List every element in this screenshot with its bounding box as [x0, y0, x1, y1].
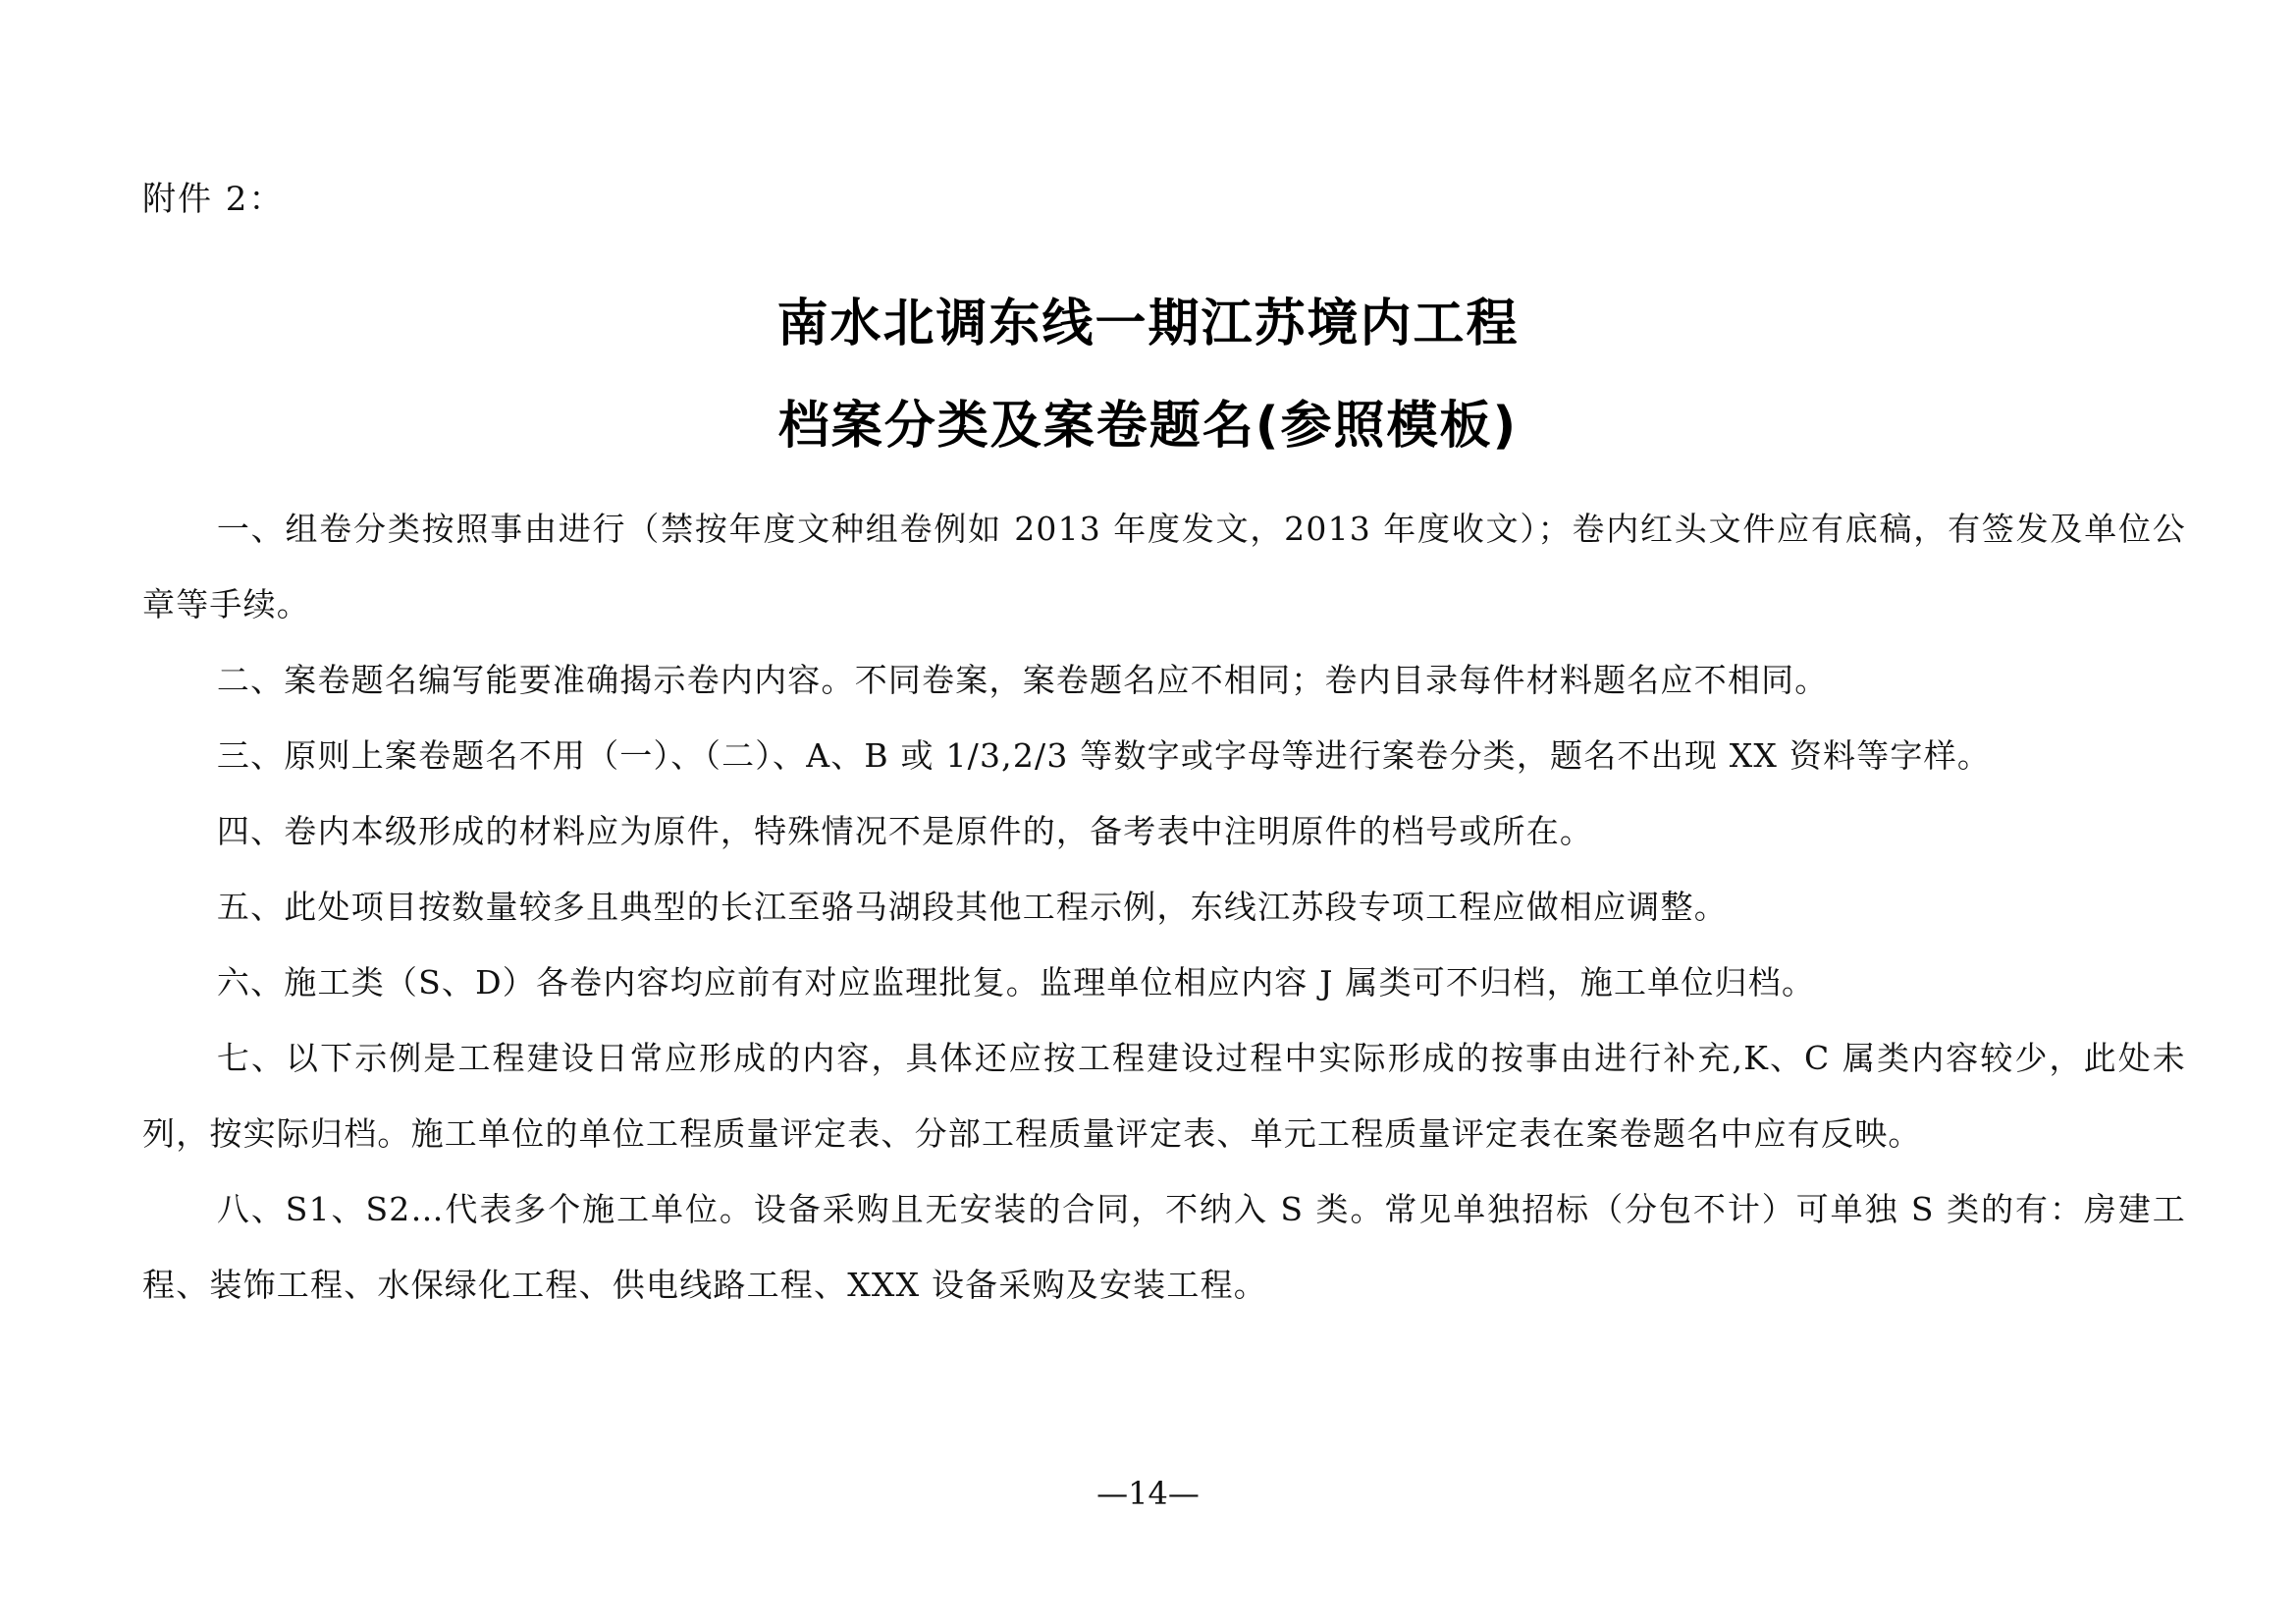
paragraph-4: 四、卷内本级形成的材料应为原件，特殊情况不是原件的，备考表中注明原件的档号或所在…: [142, 793, 2186, 869]
paragraph-7: 七、以下示例是工程建设日常应形成的内容，具体还应按工程建设过程中实际形成的按事由…: [142, 1020, 2186, 1171]
paragraph-3: 三、原则上案卷题名不用（一）、（二）、A、B 或 1/3,2/3 等数字或字母等…: [142, 718, 2186, 793]
document-page: 附件 2： 南水北调东线一期江苏境内工程 档案分类及案卷题名(参照模板) 一、组…: [0, 0, 2296, 1624]
attachment-label: 附件 2：: [142, 175, 284, 224]
title-line-2: 档案分类及案卷题名(参照模板): [0, 375, 2296, 477]
document-title: 南水北调东线一期江苏境内工程 档案分类及案卷题名(参照模板): [0, 273, 2296, 477]
paragraph-8: 八、S1、S2…代表多个施工单位。设备采购且无安装的合同，不纳入 S 类。常见单…: [142, 1171, 2186, 1323]
paragraph-2: 二、案卷题名编写能要准确揭示卷内内容。不同卷案，案卷题名应不相同；卷内目录每件材…: [142, 642, 2186, 718]
title-line-1: 南水北调东线一期江苏境内工程: [0, 273, 2296, 375]
paragraph-1: 一、组卷分类按照事由进行（禁按年度文种组卷例如 2013 年度发文，2013 年…: [142, 491, 2186, 642]
paragraph-6: 六、施工类（S、D）各卷内容均应前有对应监理批复。监理单位相应内容 J 属类可不…: [142, 945, 2186, 1020]
page-number: —14—: [0, 1471, 2296, 1516]
body-text: 一、组卷分类按照事由进行（禁按年度文种组卷例如 2013 年度发文，2013 年…: [142, 491, 2186, 1323]
paragraph-5: 五、此处项目按数量较多且典型的长江至骆马湖段其他工程示例，东线江苏段专项工程应做…: [142, 869, 2186, 945]
